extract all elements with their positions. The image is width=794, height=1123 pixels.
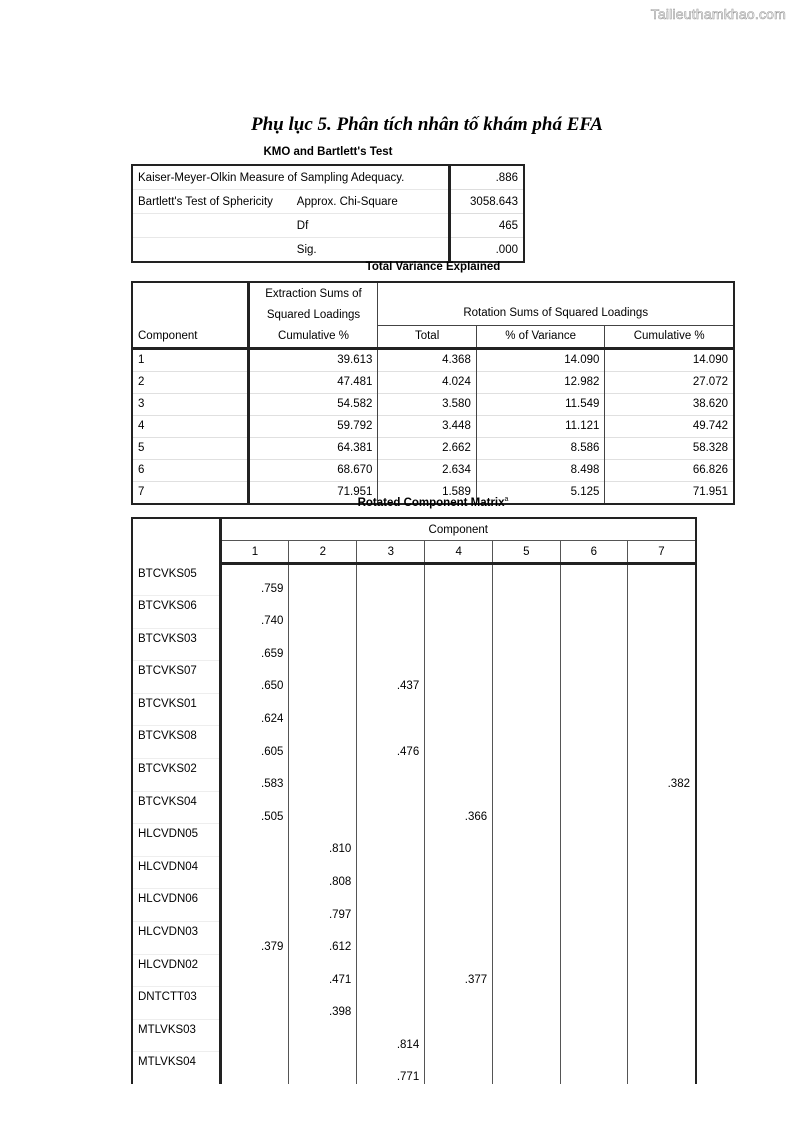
loading-value: .797 xyxy=(289,889,357,922)
item-label: HLCVDN05 xyxy=(132,824,220,857)
loading-value xyxy=(425,564,493,596)
loading-value: .771 xyxy=(357,1052,425,1084)
loading-value xyxy=(493,922,560,955)
component-number: 3 xyxy=(132,393,248,415)
loading-value xyxy=(560,987,627,1020)
column-header: Cumulative % xyxy=(605,325,734,348)
loading-value xyxy=(493,1052,560,1084)
cell-value: 49.742 xyxy=(605,415,734,437)
component-header: 6 xyxy=(560,541,627,564)
table-row: MTLVKS03.814 xyxy=(132,1019,696,1052)
item-label: BTCVKS03 xyxy=(132,628,220,661)
item-label: HLCVDN04 xyxy=(132,856,220,889)
page-title: Phụ lục 5. Phân tích nhân tố khám phá EF… xyxy=(0,114,794,136)
loading-value xyxy=(357,889,425,922)
rotation-group-header: Rotation Sums of Squared Loadings xyxy=(378,282,734,325)
cell-value: 3.580 xyxy=(378,393,476,415)
kmo-sublabel: Approx. Chi-Square xyxy=(292,190,450,214)
extraction-header-line1: Extraction Sums of xyxy=(248,282,378,304)
loading-value xyxy=(220,1019,289,1052)
loading-value xyxy=(220,889,289,922)
loading-value: .505 xyxy=(220,791,289,824)
loading-value xyxy=(560,1019,627,1052)
cell-value: 11.549 xyxy=(476,393,605,415)
table-row: BTCVKS03.659 xyxy=(132,628,696,661)
loading-value xyxy=(425,889,493,922)
loading-value xyxy=(493,889,560,922)
cell-value: 12.982 xyxy=(476,371,605,393)
table-row: HLCVDN05.810 xyxy=(132,824,696,857)
loading-value xyxy=(493,628,560,661)
table-row: HLCVDN04.808 xyxy=(132,856,696,889)
kmo-label xyxy=(132,238,292,263)
kmo-caption: KMO and Bartlett's Test xyxy=(131,146,525,158)
kmo-row: Bartlett's Test of Sphericity Approx. Ch… xyxy=(132,190,524,214)
table-row: 139.6134.36814.09014.090 xyxy=(132,348,734,371)
loading-value xyxy=(627,1019,696,1052)
table-row: 668.6702.6348.49866.826 xyxy=(132,459,734,481)
table-row: BTCVKS04.505.366 xyxy=(132,791,696,824)
loading-value xyxy=(627,564,696,596)
table-row: BTCVKS05.759 xyxy=(132,564,696,596)
kmo-label: Kaiser-Meyer-Olkin Measure of Sampling A… xyxy=(132,165,449,190)
loading-value xyxy=(560,726,627,759)
loading-value xyxy=(357,954,425,987)
loading-value xyxy=(357,596,425,629)
loading-value xyxy=(627,987,696,1020)
kmo-row: Kaiser-Meyer-Olkin Measure of Sampling A… xyxy=(132,165,524,190)
table-row: BTCVKS08.605.476 xyxy=(132,726,696,759)
kmo-row: Sig. .000 xyxy=(132,238,524,263)
component-number: 5 xyxy=(132,437,248,459)
loading-value xyxy=(357,987,425,1020)
table-row: 564.3812.6628.58658.328 xyxy=(132,437,734,459)
cell-value: 4.024 xyxy=(378,371,476,393)
loading-value xyxy=(220,824,289,857)
loading-value xyxy=(560,628,627,661)
loading-value: .583 xyxy=(220,759,289,792)
cell-value: 39.613 xyxy=(248,348,378,371)
loading-value xyxy=(357,922,425,955)
item-label: MTLVKS03 xyxy=(132,1019,220,1052)
table-row: BTCVKS02.583.382 xyxy=(132,759,696,792)
column-header: Component xyxy=(132,325,248,348)
loading-value xyxy=(357,693,425,726)
table-row: 247.4814.02412.98227.072 xyxy=(132,371,734,393)
loading-value xyxy=(425,1019,493,1052)
loading-value xyxy=(560,1052,627,1084)
table-row: BTCVKS01.624 xyxy=(132,693,696,726)
component-group-header: Component xyxy=(220,518,696,541)
loading-value: .366 xyxy=(425,791,493,824)
component-number: 2 xyxy=(132,371,248,393)
loading-value: .605 xyxy=(220,726,289,759)
cell-value: 2.662 xyxy=(378,437,476,459)
loading-value xyxy=(560,824,627,857)
loading-value: .810 xyxy=(289,824,357,857)
loading-value xyxy=(357,564,425,596)
loading-value xyxy=(493,693,560,726)
loading-value xyxy=(425,628,493,661)
loading-value: .471 xyxy=(289,954,357,987)
item-label: HLCVDN06 xyxy=(132,889,220,922)
component-header: 4 xyxy=(425,541,493,564)
column-header: Cumulative % xyxy=(248,325,378,348)
kmo-label xyxy=(132,214,292,238)
loading-value xyxy=(425,759,493,792)
table-row: HLCVDN03.379.612 xyxy=(132,922,696,955)
loading-value xyxy=(627,922,696,955)
component-header: 5 xyxy=(493,541,560,564)
loading-value xyxy=(560,922,627,955)
kmo-value: 3058.643 xyxy=(449,190,524,214)
component-header: 7 xyxy=(627,541,696,564)
component-header: 2 xyxy=(289,541,357,564)
loading-value xyxy=(425,693,493,726)
loading-value xyxy=(627,661,696,694)
matrix-caption: Rotated Component Matrixa xyxy=(300,496,566,509)
item-label: HLCVDN03 xyxy=(132,922,220,955)
item-label: HLCVDN02 xyxy=(132,954,220,987)
loading-value xyxy=(493,954,560,987)
loading-value xyxy=(425,596,493,629)
cell-value: 38.620 xyxy=(605,393,734,415)
item-label: BTCVKS01 xyxy=(132,693,220,726)
item-label: BTCVKS07 xyxy=(132,661,220,694)
table-row: DNTCTT03.398 xyxy=(132,987,696,1020)
cell-value: 8.498 xyxy=(476,459,605,481)
cell-value: 11.121 xyxy=(476,415,605,437)
loading-value xyxy=(493,856,560,889)
loading-value: .740 xyxy=(220,596,289,629)
loading-value xyxy=(357,791,425,824)
loading-value xyxy=(560,856,627,889)
item-label: BTCVKS08 xyxy=(132,726,220,759)
cell-value: 54.582 xyxy=(248,393,378,415)
item-label: MTLVKS04 xyxy=(132,1052,220,1084)
loading-value: .437 xyxy=(357,661,425,694)
item-label: BTCVKS05 xyxy=(132,564,220,596)
loading-value xyxy=(560,596,627,629)
loading-value xyxy=(627,856,696,889)
loading-value xyxy=(425,661,493,694)
loading-value: .377 xyxy=(425,954,493,987)
loading-value xyxy=(560,954,627,987)
extraction-header-line2: Squared Loadings xyxy=(248,304,378,325)
loading-value xyxy=(627,791,696,824)
item-label: BTCVKS06 xyxy=(132,596,220,629)
cell-value: 14.090 xyxy=(476,348,605,371)
loading-value xyxy=(289,791,357,824)
kmo-sublabel: Df xyxy=(292,214,450,238)
variance-table: Extraction Sums of Rotation Sums of Squa… xyxy=(131,281,735,505)
loading-value: .814 xyxy=(357,1019,425,1052)
component-header: 3 xyxy=(357,541,425,564)
loading-value xyxy=(289,596,357,629)
loading-value: .759 xyxy=(220,564,289,596)
kmo-row: Df 465 xyxy=(132,214,524,238)
loading-value xyxy=(357,824,425,857)
watermark: Tailieuthamkhao.com xyxy=(651,6,786,22)
loading-value xyxy=(425,922,493,955)
loading-value xyxy=(220,954,289,987)
loading-value: .624 xyxy=(220,693,289,726)
loading-value xyxy=(493,824,560,857)
cell-value: 66.826 xyxy=(605,459,734,481)
loading-value xyxy=(627,824,696,857)
loading-value xyxy=(289,759,357,792)
loading-value xyxy=(289,726,357,759)
item-label: BTCVKS02 xyxy=(132,759,220,792)
loading-value xyxy=(493,564,560,596)
loading-value xyxy=(289,564,357,596)
kmo-value: 465 xyxy=(449,214,524,238)
loading-value xyxy=(493,791,560,824)
item-label: DNTCTT03 xyxy=(132,987,220,1020)
loading-value xyxy=(357,759,425,792)
component-number: 6 xyxy=(132,459,248,481)
table-row: BTCVKS07.650.437 xyxy=(132,661,696,694)
loading-value xyxy=(627,726,696,759)
kmo-value: .000 xyxy=(449,238,524,263)
kmo-label: Bartlett's Test of Sphericity xyxy=(132,190,292,214)
table-row: 354.5823.58011.54938.620 xyxy=(132,393,734,415)
loading-value xyxy=(357,628,425,661)
loading-value xyxy=(560,661,627,694)
kmo-sublabel: Sig. xyxy=(292,238,450,263)
loading-value xyxy=(425,824,493,857)
loading-value xyxy=(493,1019,560,1052)
cell-value: 64.381 xyxy=(248,437,378,459)
loading-value xyxy=(425,987,493,1020)
table-row: 459.7923.44811.12149.742 xyxy=(132,415,734,437)
column-header: % of Variance xyxy=(476,325,605,348)
loading-value xyxy=(560,889,627,922)
rotated-component-matrix: Component 1234567 BTCVKS05.759BTCVKS06.7… xyxy=(131,517,697,1084)
loading-value: .612 xyxy=(289,922,357,955)
cell-value: 3.448 xyxy=(378,415,476,437)
loading-value: .398 xyxy=(289,987,357,1020)
loading-value xyxy=(357,856,425,889)
cell-value: 2.634 xyxy=(378,459,476,481)
cell-value: 59.792 xyxy=(248,415,378,437)
loading-value xyxy=(493,661,560,694)
loading-value xyxy=(289,1019,357,1052)
table-row: MTLVKS04.771 xyxy=(132,1052,696,1084)
item-label: BTCVKS04 xyxy=(132,791,220,824)
loading-value xyxy=(289,693,357,726)
loading-value xyxy=(425,726,493,759)
table-row: HLCVDN02.471.377 xyxy=(132,954,696,987)
loading-value xyxy=(493,726,560,759)
matrix-caption-footnote: a xyxy=(505,496,509,503)
loading-value xyxy=(425,856,493,889)
loading-value: .379 xyxy=(220,922,289,955)
component-number: 1 xyxy=(132,348,248,371)
loading-value xyxy=(493,987,560,1020)
component-number: 7 xyxy=(132,481,248,504)
loading-value xyxy=(289,661,357,694)
loading-value: .650 xyxy=(220,661,289,694)
loading-value xyxy=(220,987,289,1020)
loading-value xyxy=(627,628,696,661)
loading-value xyxy=(560,759,627,792)
loading-value xyxy=(493,759,560,792)
loading-value: .382 xyxy=(627,759,696,792)
loading-value: .659 xyxy=(220,628,289,661)
loading-value xyxy=(627,1052,696,1084)
cell-value: 58.328 xyxy=(605,437,734,459)
loading-value xyxy=(425,1052,493,1084)
loading-value xyxy=(220,856,289,889)
cell-value: 4.368 xyxy=(378,348,476,371)
variance-caption: Total Variance Explained xyxy=(300,261,566,273)
component-number: 4 xyxy=(132,415,248,437)
loading-value xyxy=(220,1052,289,1084)
table-row: BTCVKS06.740 xyxy=(132,596,696,629)
loading-value: .808 xyxy=(289,856,357,889)
loading-value xyxy=(560,693,627,726)
matrix-caption-text: Rotated Component Matrix xyxy=(358,497,505,509)
loading-value xyxy=(289,628,357,661)
kmo-value: .886 xyxy=(449,165,524,190)
table-row: HLCVDN06.797 xyxy=(132,889,696,922)
cell-value: 8.586 xyxy=(476,437,605,459)
cell-value: 68.670 xyxy=(248,459,378,481)
cell-value: 47.481 xyxy=(248,371,378,393)
loading-value xyxy=(493,596,560,629)
loading-value xyxy=(627,596,696,629)
cell-value: 71.951 xyxy=(605,481,734,504)
cell-value: 27.072 xyxy=(605,371,734,393)
column-header: Total xyxy=(378,325,476,348)
kmo-table: Kaiser-Meyer-Olkin Measure of Sampling A… xyxy=(131,164,525,263)
loading-value xyxy=(560,564,627,596)
loading-value xyxy=(560,791,627,824)
loading-value xyxy=(289,1052,357,1084)
loading-value: .476 xyxy=(357,726,425,759)
loading-value xyxy=(627,693,696,726)
loading-value xyxy=(627,954,696,987)
loading-value xyxy=(627,889,696,922)
component-header: 1 xyxy=(220,541,289,564)
cell-value: 14.090 xyxy=(605,348,734,371)
